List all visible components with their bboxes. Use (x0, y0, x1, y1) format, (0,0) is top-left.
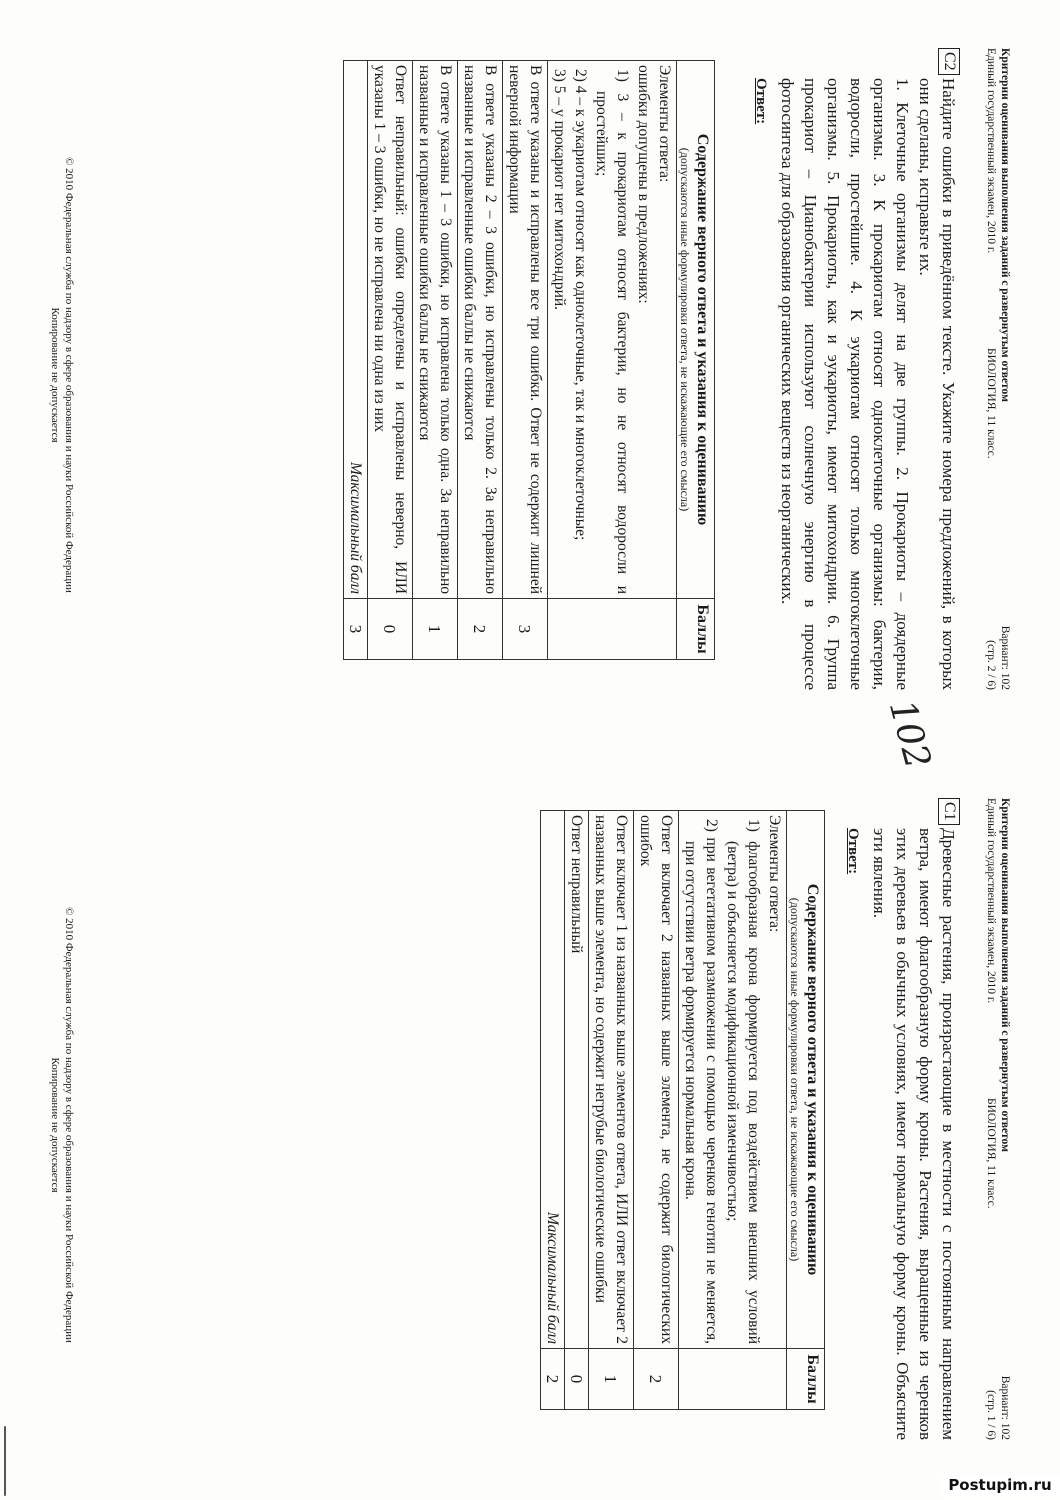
col-content-sub: (допускаются иные формулировки ответа, н… (678, 65, 692, 594)
criterion-points: 3 (503, 599, 548, 660)
scanned-sheet: Критерии оценивания выполнения заданий с… (0, 0, 1060, 1500)
col-points: Баллы (787, 1349, 825, 1410)
header-subject: БИОЛОГИЯ, 11 класс. (984, 348, 998, 459)
footer-copyright: © 2010 Федеральная служба по надзору в с… (62, 0, 76, 750)
criterion-text: Ответ неправильный (565, 811, 589, 1349)
page-footer: © 2010 Федеральная служба по надзору в с… (48, 0, 76, 750)
elements-title: Элементы ответа: (764, 815, 785, 1344)
criterion-points: 2 (458, 599, 503, 660)
page-header: Критерии оценивания выполнения заданий с… (984, 798, 1012, 1440)
page-2: Критерии оценивания выполнения заданий с… (0, 0, 1060, 750)
answer-label: Ответ: (749, 78, 772, 690)
table-row: В ответе указаны 1 – 3 ошибки, но исправ… (413, 61, 458, 660)
criterion-text: В ответе указаны 1 – 3 ошибки, но исправ… (413, 61, 458, 599)
grading-table-c1: Содержание верного ответа и указания к о… (540, 810, 825, 1410)
criterion-text: В ответе указаны 2 – 3 ошибки, но исправ… (458, 61, 503, 599)
element-item: 1) 3 – к прокариотам относят бактерии, н… (591, 65, 633, 594)
grading-table-c2: Содержание верного ответа и указания к о… (343, 60, 715, 660)
max-row: Максимальный балл 2 (541, 811, 565, 1410)
page-header: Критерии оценивания выполнения заданий с… (984, 48, 1012, 690)
col-content: Содержание верного ответа и указания к о… (804, 884, 821, 1276)
header-page: (стр. 1 / 6) (985, 1390, 997, 1440)
max-label: Максимальный балл (541, 811, 565, 1349)
footer-copyright: © 2010 Федеральная служба по надзору в с… (62, 750, 76, 1500)
element-item: 2) 4 – к эукариотам относят как одноклет… (570, 65, 591, 594)
task-code: C2 (938, 48, 960, 75)
header-exam: Единый государственный экзамен, 2010 г. (985, 798, 997, 1003)
table-row: Ответ включает 2 названных выше элемента… (634, 811, 679, 1410)
criterion-points: 1 (589, 1349, 634, 1410)
header-exam: Единый государственный экзамен, 2010 г. (985, 48, 997, 253)
table-row: В ответе указаны 2 – 3 ошибки, но исправ… (458, 61, 503, 660)
elements-title: Элементы ответа: (654, 65, 675, 594)
criterion-text: Ответ неправильный: ошибки определены и … (368, 61, 413, 599)
table-row: Элементы ответа: ошибки допущены в предл… (548, 61, 677, 660)
task-c2: C2 Найдите ошибки в приведённом тексте. … (749, 48, 960, 690)
table-row: Ответ неправильный 0 (565, 811, 589, 1410)
element-item: 2) при вегетативном размножении с помощь… (680, 815, 722, 1344)
element-item: 3) 5 – у прокариот нет митохондрий. (549, 65, 570, 594)
element-item: 1) флагообразная крона формируется под в… (722, 815, 764, 1344)
table-row: Ответ включает 1 из названных выше элеме… (589, 811, 634, 1410)
max-row: Максимальный балл 3 (344, 61, 368, 660)
task-code: C1 (938, 798, 960, 825)
criterion-points: 0 (368, 599, 413, 660)
criterion-points: 1 (413, 599, 458, 660)
max-points: 2 (541, 1349, 565, 1410)
answer-label: Ответ: (841, 828, 864, 1440)
col-content: Содержание верного ответа и указания к о… (694, 134, 711, 526)
table-header: Содержание верного ответа и указания к о… (677, 61, 715, 660)
table-row: Ответ неправильный: ошибки определены и … (368, 61, 413, 660)
task-text: 1. Клеточные организмы делят на две груп… (776, 78, 914, 690)
col-points: Баллы (677, 599, 715, 660)
header-title: Критерии оценивания выполнения заданий с… (999, 48, 1011, 402)
criterion-points: 2 (634, 1349, 679, 1410)
elements-intro: ошибки допущены в предложениях: (633, 65, 654, 594)
col-content-sub: (допускаются иные формулировки ответа, н… (788, 815, 802, 1344)
criterion-text: Ответ включает 1 из названных выше элеме… (589, 811, 634, 1349)
table-row: Элементы ответа: 1) флагообразная крона … (679, 811, 787, 1410)
criterion-text: Ответ включает 2 названных выше элемента… (634, 811, 679, 1349)
site-watermark: Postupim.ru (940, 1476, 1060, 1498)
header-variant: Вариант: 102 (999, 626, 1011, 690)
header-variant: Вариант: 102 (999, 1376, 1011, 1440)
table-header: Содержание верного ответа и указания к о… (787, 811, 825, 1410)
page-1: Критерии оценивания выполнения заданий с… (0, 750, 1060, 1500)
page-footer: © 2010 Федеральная служба по надзору в с… (48, 750, 76, 1500)
criterion-text: В ответе указаны и исправлены все три ош… (503, 61, 548, 599)
task-instruction: Найдите ошибки в приведённом тексте. Ука… (914, 78, 960, 690)
table-row: В ответе указаны и исправлены все три ош… (503, 61, 548, 660)
header-title: Критерии оценивания выполнения заданий с… (999, 798, 1011, 1152)
task-c1: C1 Древесные растения, произрастающие в … (841, 798, 960, 1440)
max-points: 3 (344, 599, 368, 660)
task-text: Древесные растения, произрастающие в мес… (868, 828, 960, 1440)
criterion-points: 0 (565, 1349, 589, 1410)
max-label: Максимальный балл (344, 61, 368, 599)
header-page: (стр. 2 / 6) (985, 640, 997, 690)
footer-notice: Копирование не допускается (48, 750, 62, 1500)
header-subject: БИОЛОГИЯ, 11 класс. (984, 1098, 998, 1209)
staple-mark (4, 1426, 6, 1496)
footer-notice: Копирование не допускается (48, 0, 62, 750)
